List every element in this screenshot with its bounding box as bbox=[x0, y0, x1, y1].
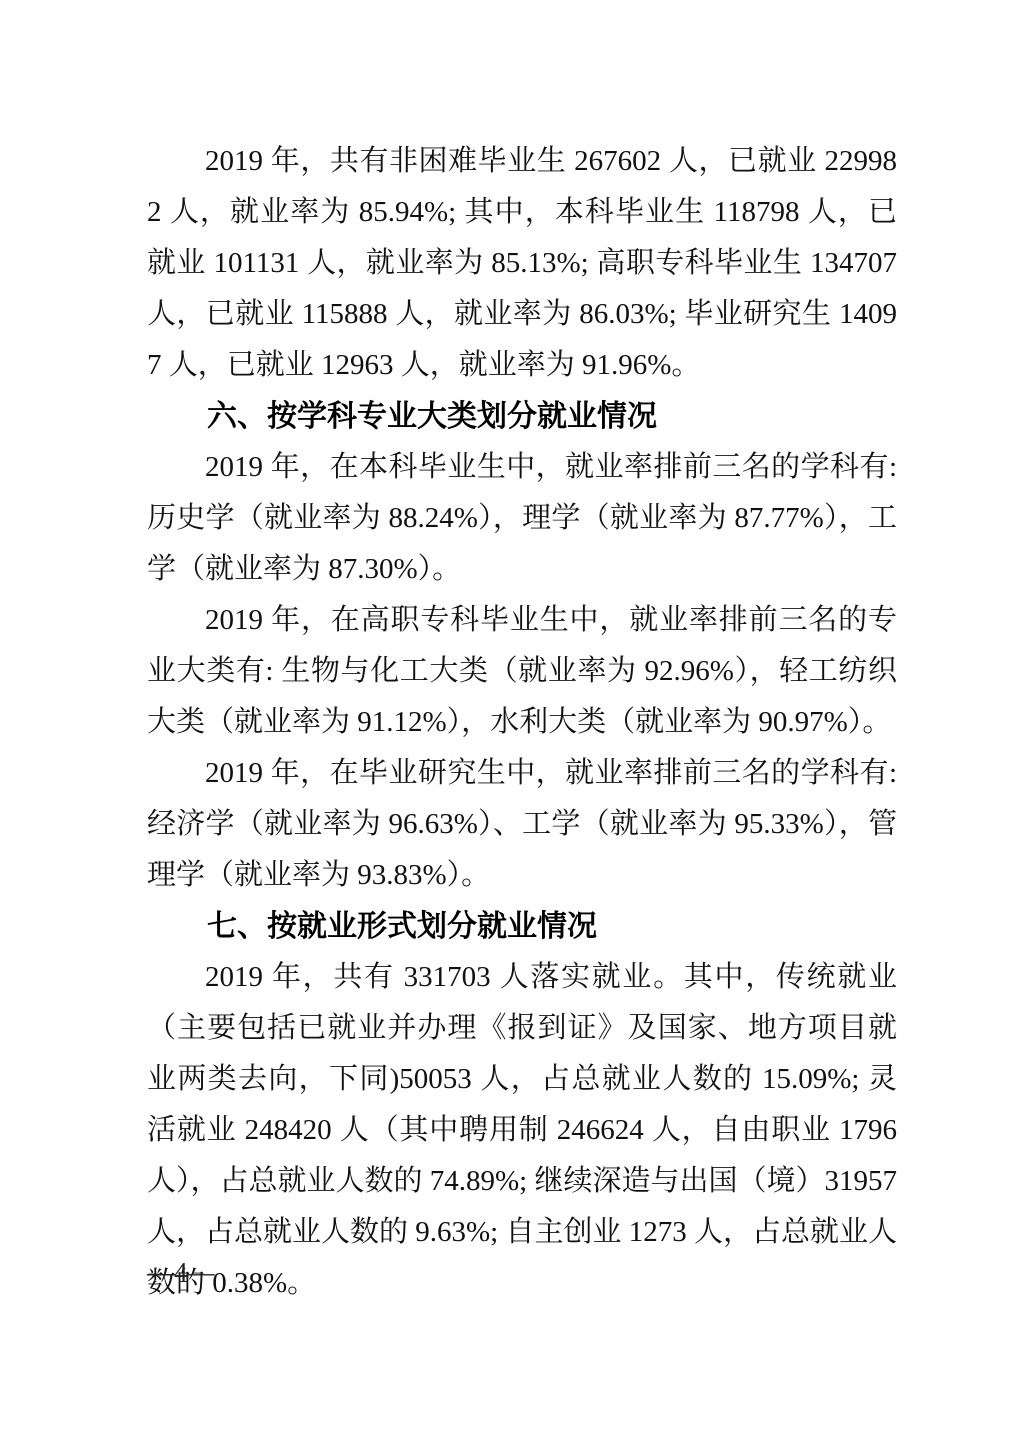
paragraph-nondifficulty-graduates-stats: 2019 年，共有非困难毕业生 267602 人，已就业 229982 人，就业… bbox=[147, 136, 897, 391]
paragraph-postgraduate-top-disciplines: 2019 年，在毕业研究生中，就业率排前三名的学科有: 经济学（就业率为 96.… bbox=[147, 748, 897, 901]
document-content: 2019 年，共有非困难毕业生 267602 人，已就业 229982 人，就业… bbox=[147, 136, 897, 1309]
section-heading-6-by-discipline: 六、按学科专业大类划分就业情况 bbox=[147, 391, 897, 442]
paragraph-employment-form-stats: 2019 年，共有 331703 人落实就业。其中，传统就业（主要包括已就业并办… bbox=[147, 952, 897, 1309]
paragraph-undergraduate-top-disciplines: 2019 年，在本科毕业生中，就业率排前三名的学科有: 历史学（就业率为 88.… bbox=[147, 442, 897, 595]
document-page: 2019 年，共有非困难毕业生 267602 人，已就业 229982 人，就业… bbox=[0, 0, 1024, 1447]
paragraph-vocational-top-categories: 2019 年，在高职专科毕业生中，就业率排前三名的专业大类有: 生物与化工大类（… bbox=[147, 595, 897, 748]
page-number: —4— bbox=[147, 1255, 215, 1289]
section-heading-7-by-employment-form: 七、按就业形式划分就业情况 bbox=[147, 901, 897, 952]
